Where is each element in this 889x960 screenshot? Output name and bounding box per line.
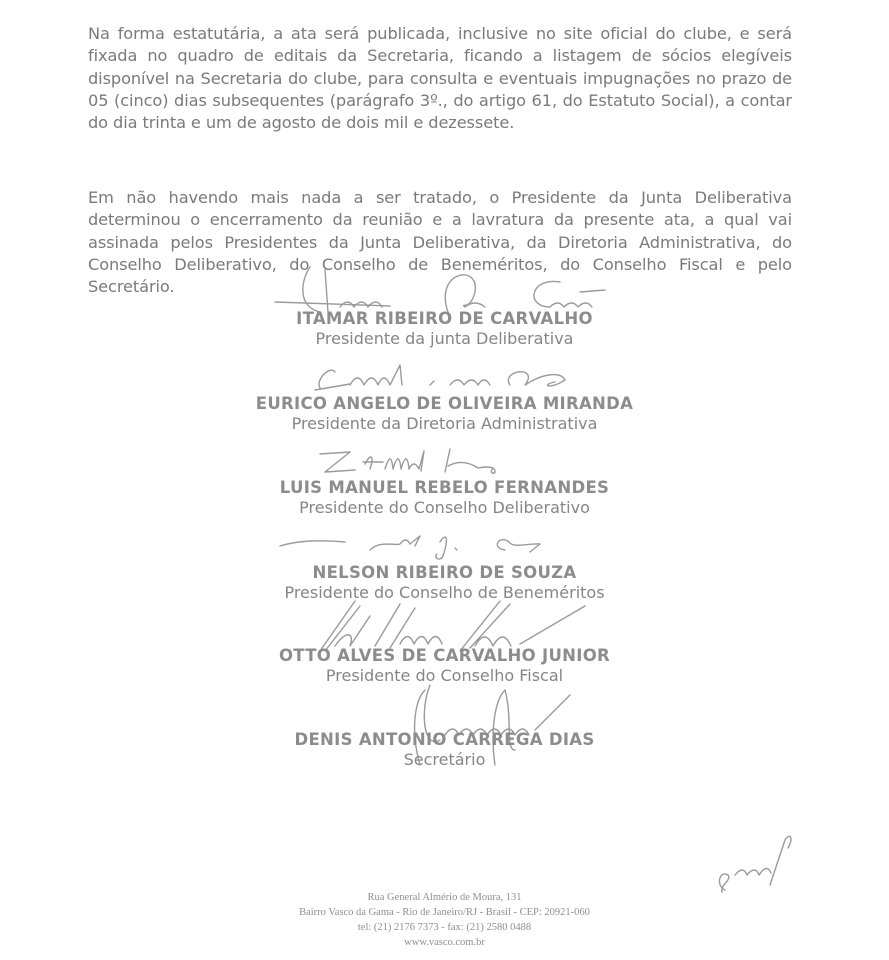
signatory-role: Presidente da Diretoria Administrativa xyxy=(0,414,889,434)
paragraph-closing: Em não havendo mais nada a ser tratado, … xyxy=(88,187,792,298)
signatory-name: EURICO ANGELO DE OLIVEIRA MIRANDA xyxy=(0,394,889,414)
signatory-block: DENIS ANTONIO CARREGA DIAS Secretário xyxy=(0,730,889,770)
signatory-name: OTTO ALVES DE CARVALHO JUNIOR xyxy=(0,646,889,666)
signatory-role: Presidente do Conselho Fiscal xyxy=(0,666,889,686)
footer-address: Rua General Almério de Moura, 131 xyxy=(0,890,889,905)
signatory-name: NELSON RIBEIRO DE SOUZA xyxy=(0,563,889,583)
signatory-role: Presidente do Conselho Deliberativo xyxy=(0,498,889,518)
signatory-block: ITAMAR RIBEIRO DE CARVALHO Presidente da… xyxy=(0,309,889,349)
signatory-role: Presidente da junta Deliberativa xyxy=(0,329,889,349)
signatory-role: Secretário xyxy=(0,750,889,770)
signatory-name: LUIS MANUEL REBELO FERNANDES xyxy=(0,478,889,498)
footer-district: Bairro Vasco da Gama - Rio de Janeiro/RJ… xyxy=(0,905,889,920)
signatory-block: EURICO ANGELO DE OLIVEIRA MIRANDA Presid… xyxy=(0,394,889,434)
letterhead-footer: Rua General Almério de Moura, 131 Bairro… xyxy=(0,890,889,950)
signatory-block: LUIS MANUEL REBELO FERNANDES Presidente … xyxy=(0,478,889,518)
signature-scribble-nelson xyxy=(275,528,575,564)
signatory-block: OTTO ALVES DE CARVALHO JUNIOR Presidente… xyxy=(0,646,889,686)
signatory-name: DENIS ANTONIO CARREGA DIAS xyxy=(0,730,889,750)
signatory-block: NELSON RIBEIRO DE SOUZA Presidente do Co… xyxy=(0,563,889,603)
signatory-name: ITAMAR RIBEIRO DE CARVALHO xyxy=(0,309,889,329)
signature-scribble-luis xyxy=(315,444,515,478)
paragraph-publication: Na forma estatutária, a ata será publica… xyxy=(88,23,792,134)
footer-phone: tel: (21) 2176 7373 - fax: (21) 2580 048… xyxy=(0,920,889,935)
signature-scribble-eurico xyxy=(310,360,590,395)
footer-website: www.vasco.com.br xyxy=(0,935,889,950)
signatory-role: Presidente do Conselho de Beneméritos xyxy=(0,583,889,603)
